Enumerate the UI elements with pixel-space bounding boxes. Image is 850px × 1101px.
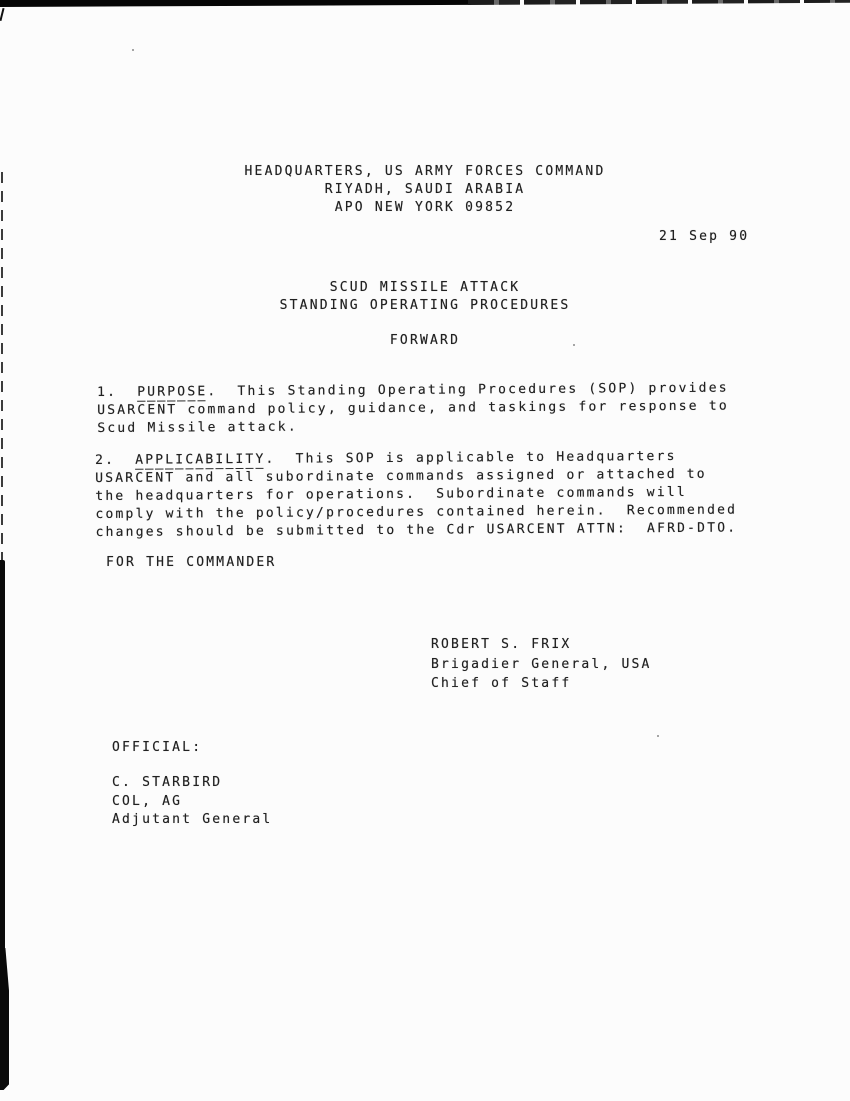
- signature-title: Chief of Staff: [431, 674, 652, 694]
- scanned-memo-page: HEADQUARTERS, US ARMY FORCES COMMAND RIY…: [0, 0, 850, 1101]
- scan-artifact-left-streak: [1, 172, 3, 564]
- paragraph-number: 1.: [97, 385, 137, 400]
- signature-name: ROBERT S. FRIX: [431, 635, 652, 655]
- scan-artifact-top-band: [0, 0, 468, 7]
- document-date: 21 Sep 90: [659, 228, 749, 246]
- signature-block: ROBERT S. FRIX Brigadier General, USA Ch…: [431, 635, 652, 694]
- paragraph-applicability: 2. APPLICABILITY. This SOP is applicable…: [95, 448, 737, 542]
- paragraph-number: 2.: [95, 453, 135, 468]
- official-label: OFFICIAL:: [112, 739, 202, 757]
- paragraph-heading: APPLICABILITY: [135, 452, 265, 470]
- paragraph-line: Scud Missile attack.: [97, 416, 729, 438]
- document-subtitle: FORWARD: [0, 332, 850, 350]
- paragraph-heading: PURPOSE: [137, 384, 207, 401]
- official-rank: COL, AG: [112, 793, 272, 812]
- scan-speck: [657, 735, 659, 737]
- signature-rank: Brigadier General, USA: [431, 655, 652, 675]
- paragraph-line: changes should be submitted to the Cdr U…: [96, 520, 738, 542]
- document-title: SCUD MISSILE ATTACK STANDING OPERATING P…: [0, 279, 850, 315]
- official-name: C. STARBIRD: [112, 774, 272, 793]
- title-line: SCUD MISSILE ATTACK: [0, 279, 850, 297]
- letterhead-line: APO NEW YORK 09852: [0, 199, 850, 217]
- scan-artifact-left-streak: [0, 948, 9, 1090]
- scan-artifact-left-streak: [0, 560, 5, 952]
- closing-line: FOR THE COMMANDER: [106, 554, 276, 572]
- letterhead-line: RIYADH, SAUDI ARABIA: [0, 181, 850, 199]
- letterhead-line: HEADQUARTERS, US ARMY FORCES COMMAND: [0, 163, 850, 181]
- scan-artifact-top-band-dashes: [468, 0, 850, 5]
- official-block: C. STARBIRD COL, AG Adjutant General: [112, 774, 272, 830]
- title-line: STANDING OPERATING PROCEDURES: [0, 297, 850, 315]
- letterhead: HEADQUARTERS, US ARMY FORCES COMMAND RIY…: [0, 163, 850, 217]
- official-title: Adjutant General: [112, 811, 272, 830]
- scan-speck: [132, 49, 134, 51]
- scan-artifact-corner-mark: [0, 8, 5, 21]
- paragraph-text: . This SOP is applicable to Headquarters: [265, 449, 676, 467]
- paragraph-text: . This Standing Operating Procedures (SO…: [207, 381, 728, 400]
- paragraph-purpose: 1. PURPOSE. This Standing Operating Proc…: [97, 380, 729, 438]
